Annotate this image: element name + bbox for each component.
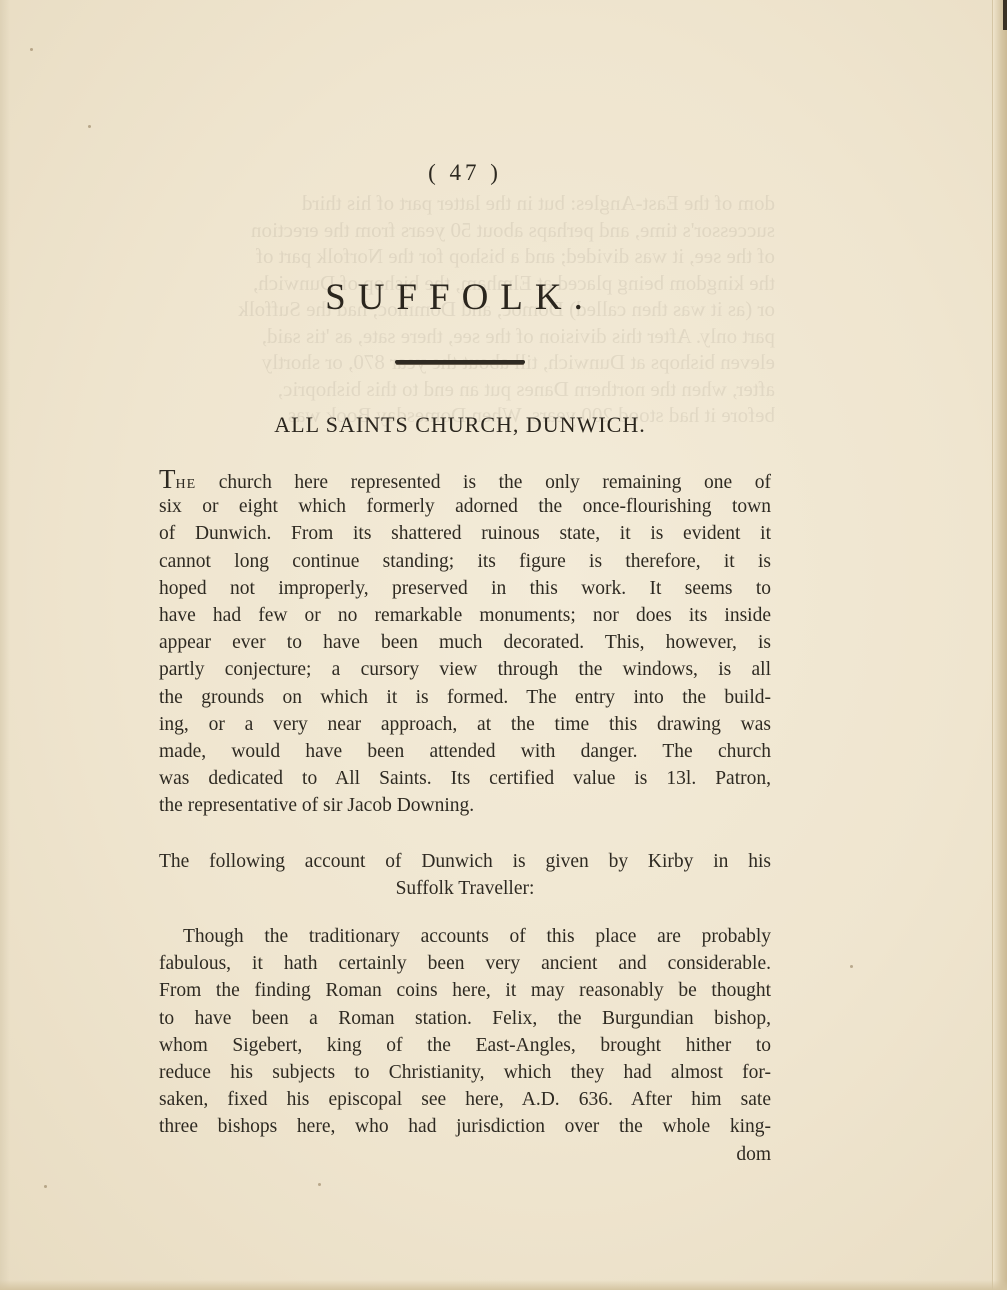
text-line: The following account of Dunwich is give… <box>159 848 771 875</box>
text-line: Suffolk Traveller: <box>159 875 771 902</box>
text-line: made, would have been attended with dang… <box>159 738 771 765</box>
section-title: ALL SAINTS CHURCH, DUNWICH. <box>0 412 920 438</box>
text-line: have had few or no remarkable monuments;… <box>159 602 771 629</box>
text-line: saken, fixed his episcopal see here, A.D… <box>159 1086 771 1113</box>
drop-cap: T <box>159 464 176 494</box>
text-line: the representative of sir Jacob Downing. <box>159 792 771 819</box>
text-line: hoped not improperly, preserved in this … <box>159 575 771 602</box>
text-line: cannot long continue standing; its figur… <box>159 548 771 575</box>
paper-speck <box>318 1183 321 1186</box>
text-line: three bishops here, who had jurisdiction… <box>159 1113 771 1140</box>
paper-speck <box>88 125 91 128</box>
page-corner-shadow <box>1003 0 1007 30</box>
paragraph-church-description: THE church here represented is the only … <box>159 466 771 819</box>
catchword: dom <box>159 1141 771 1168</box>
text-line: ing, or a very near approach, at the tim… <box>159 711 771 738</box>
text-line: THE church here represented is the only … <box>159 466 771 493</box>
text-line: of Dunwich. From its shattered ruinous s… <box>159 520 771 547</box>
small-caps: HE <box>176 477 197 492</box>
paper-speck <box>30 48 33 51</box>
county-title: SUFFOLK. <box>0 276 920 319</box>
text-line: Though the traditionary accounts of this… <box>159 923 771 950</box>
text-line: to have been a Roman station. Felix, the… <box>159 1005 771 1032</box>
text-line: six or eight which formerly adorned the … <box>159 493 771 520</box>
text-line: reduce his subjects to Christianity, whi… <box>159 1059 771 1086</box>
page-left-edge <box>0 0 10 1290</box>
text-line: whom Sigebert, king of the East-Angles, … <box>159 1032 771 1059</box>
text-line: the grounds on which it is formed. The e… <box>159 684 771 711</box>
text-line: appear ever to have been much decorated.… <box>159 629 771 656</box>
text-line: was dedicated to All Saints. Its certifi… <box>159 765 771 792</box>
page-bottom-edge <box>0 1280 1007 1290</box>
page-number: ( 47 ) <box>0 160 930 186</box>
paper-speck <box>850 965 853 968</box>
page-right-edge <box>992 0 1007 1290</box>
decorative-rule <box>395 360 525 364</box>
text-line: From the finding Roman coins here, it ma… <box>159 977 771 1004</box>
text-line: fabulous, it hath certainly been very an… <box>159 950 771 977</box>
text-line: partly conjecture; a cursory view throug… <box>159 656 771 683</box>
paper-speck <box>44 1185 47 1188</box>
book-page: dom of the East-Angles: but in the latte… <box>0 0 1007 1290</box>
paragraph-kirby-quote: Though the traditionary accounts of this… <box>159 923 771 1168</box>
paragraph-kirby-intro: The following account of Dunwich is give… <box>159 848 771 902</box>
